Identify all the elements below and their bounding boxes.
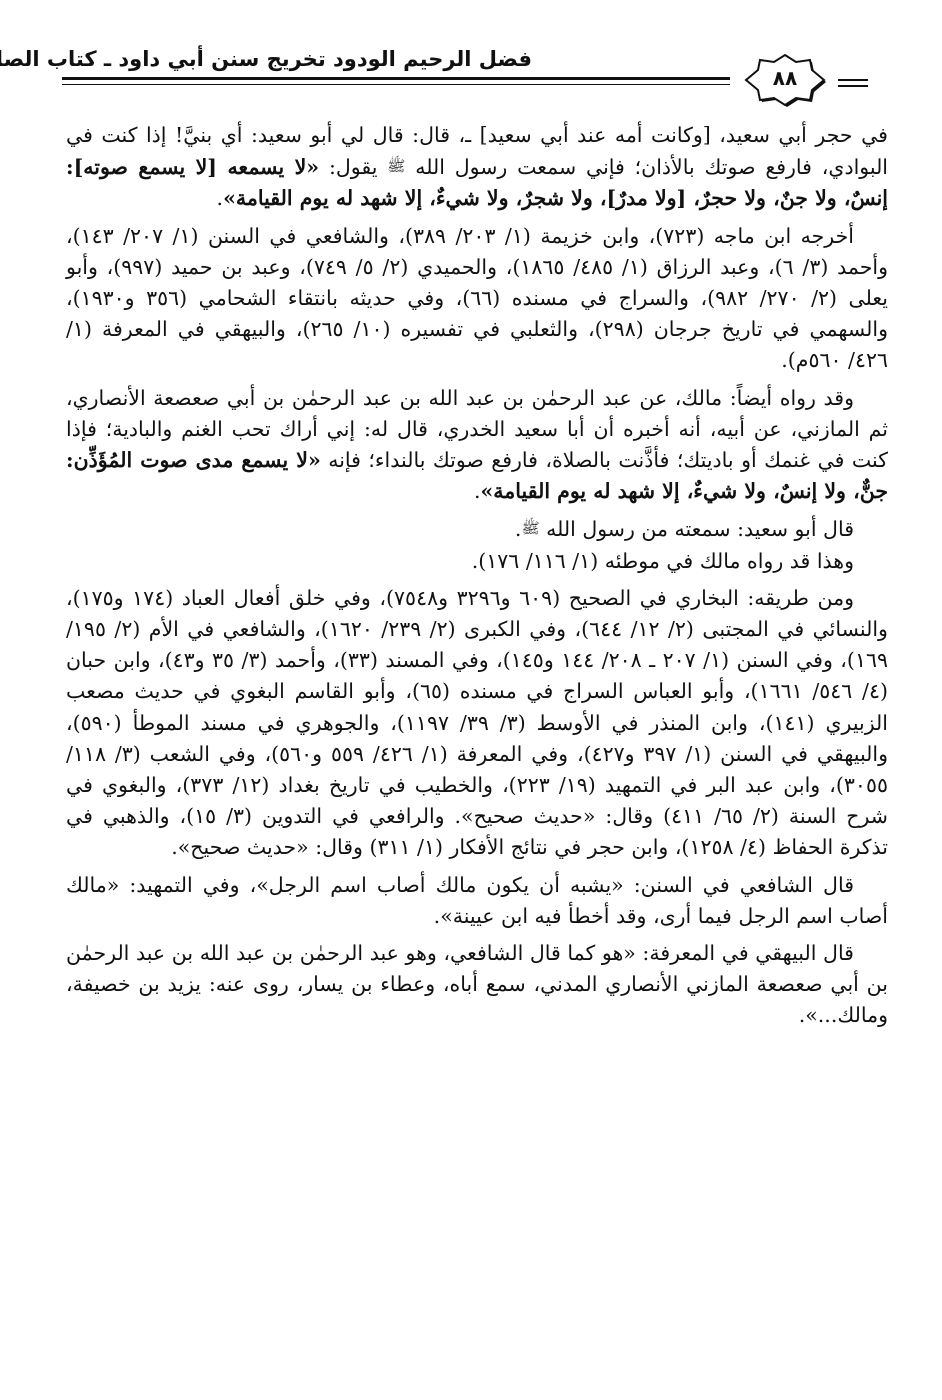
header-rule-thin [62, 84, 730, 85]
salawat-icon: ﷺ [387, 157, 405, 175]
header-rule-right [838, 79, 868, 81]
header-rule-right-2 [838, 85, 868, 87]
paragraph-abu-said: قال أبو سعيد: سمعته من رسول الله ﷺ. [66, 513, 888, 545]
header-rule [62, 77, 730, 80]
paragraph-takhrij-1: أخرجه ابن ماجه (٧٢٣)، وابن خزيمة (١/ ٢٠٣… [66, 221, 888, 377]
running-title: فضل الرحيم الودود تخريج سنن أبي داود ـ ك… [62, 44, 532, 74]
paragraph-takhrij-2: ومن طريقه: البخاري في الصحيح (٦٠٩ و٣٢٩٦ … [66, 583, 888, 864]
paragraph-shafii: قال الشافعي في السنن: «يشبه أن يكون مالك… [66, 870, 888, 932]
page-header: فضل الرحيم الودود تخريج سنن أبي داود ـ ك… [62, 44, 882, 104]
paragraph-hadith-continuation: في حجر أبي سعيد، [وكانت أمه عند أبي سعيد… [66, 120, 888, 215]
page-number-badge: ٨٨ [740, 52, 830, 108]
page-body: في حجر أبي سعيد، [وكانت أمه عند أبي سعيد… [66, 120, 888, 1038]
book-page: فضل الرحيم الودود تخريج سنن أبي داود ـ ك… [0, 0, 942, 1400]
page-number: ٨٨ [740, 64, 830, 92]
paragraph-muwatta: وهذا قد رواه مالك في موطئه (١/ ١١٦/ ١٧٦)… [66, 546, 888, 577]
paragraph-malik-riwaya: وقد رواه أيضاً: مالك، عن عبد الرحمٰن بن … [66, 383, 888, 508]
paragraph-bayhaqi: قال البيهقي في المعرفة: «هو كما قال الشا… [66, 938, 888, 1032]
salawat-icon: ﷺ [521, 519, 539, 537]
